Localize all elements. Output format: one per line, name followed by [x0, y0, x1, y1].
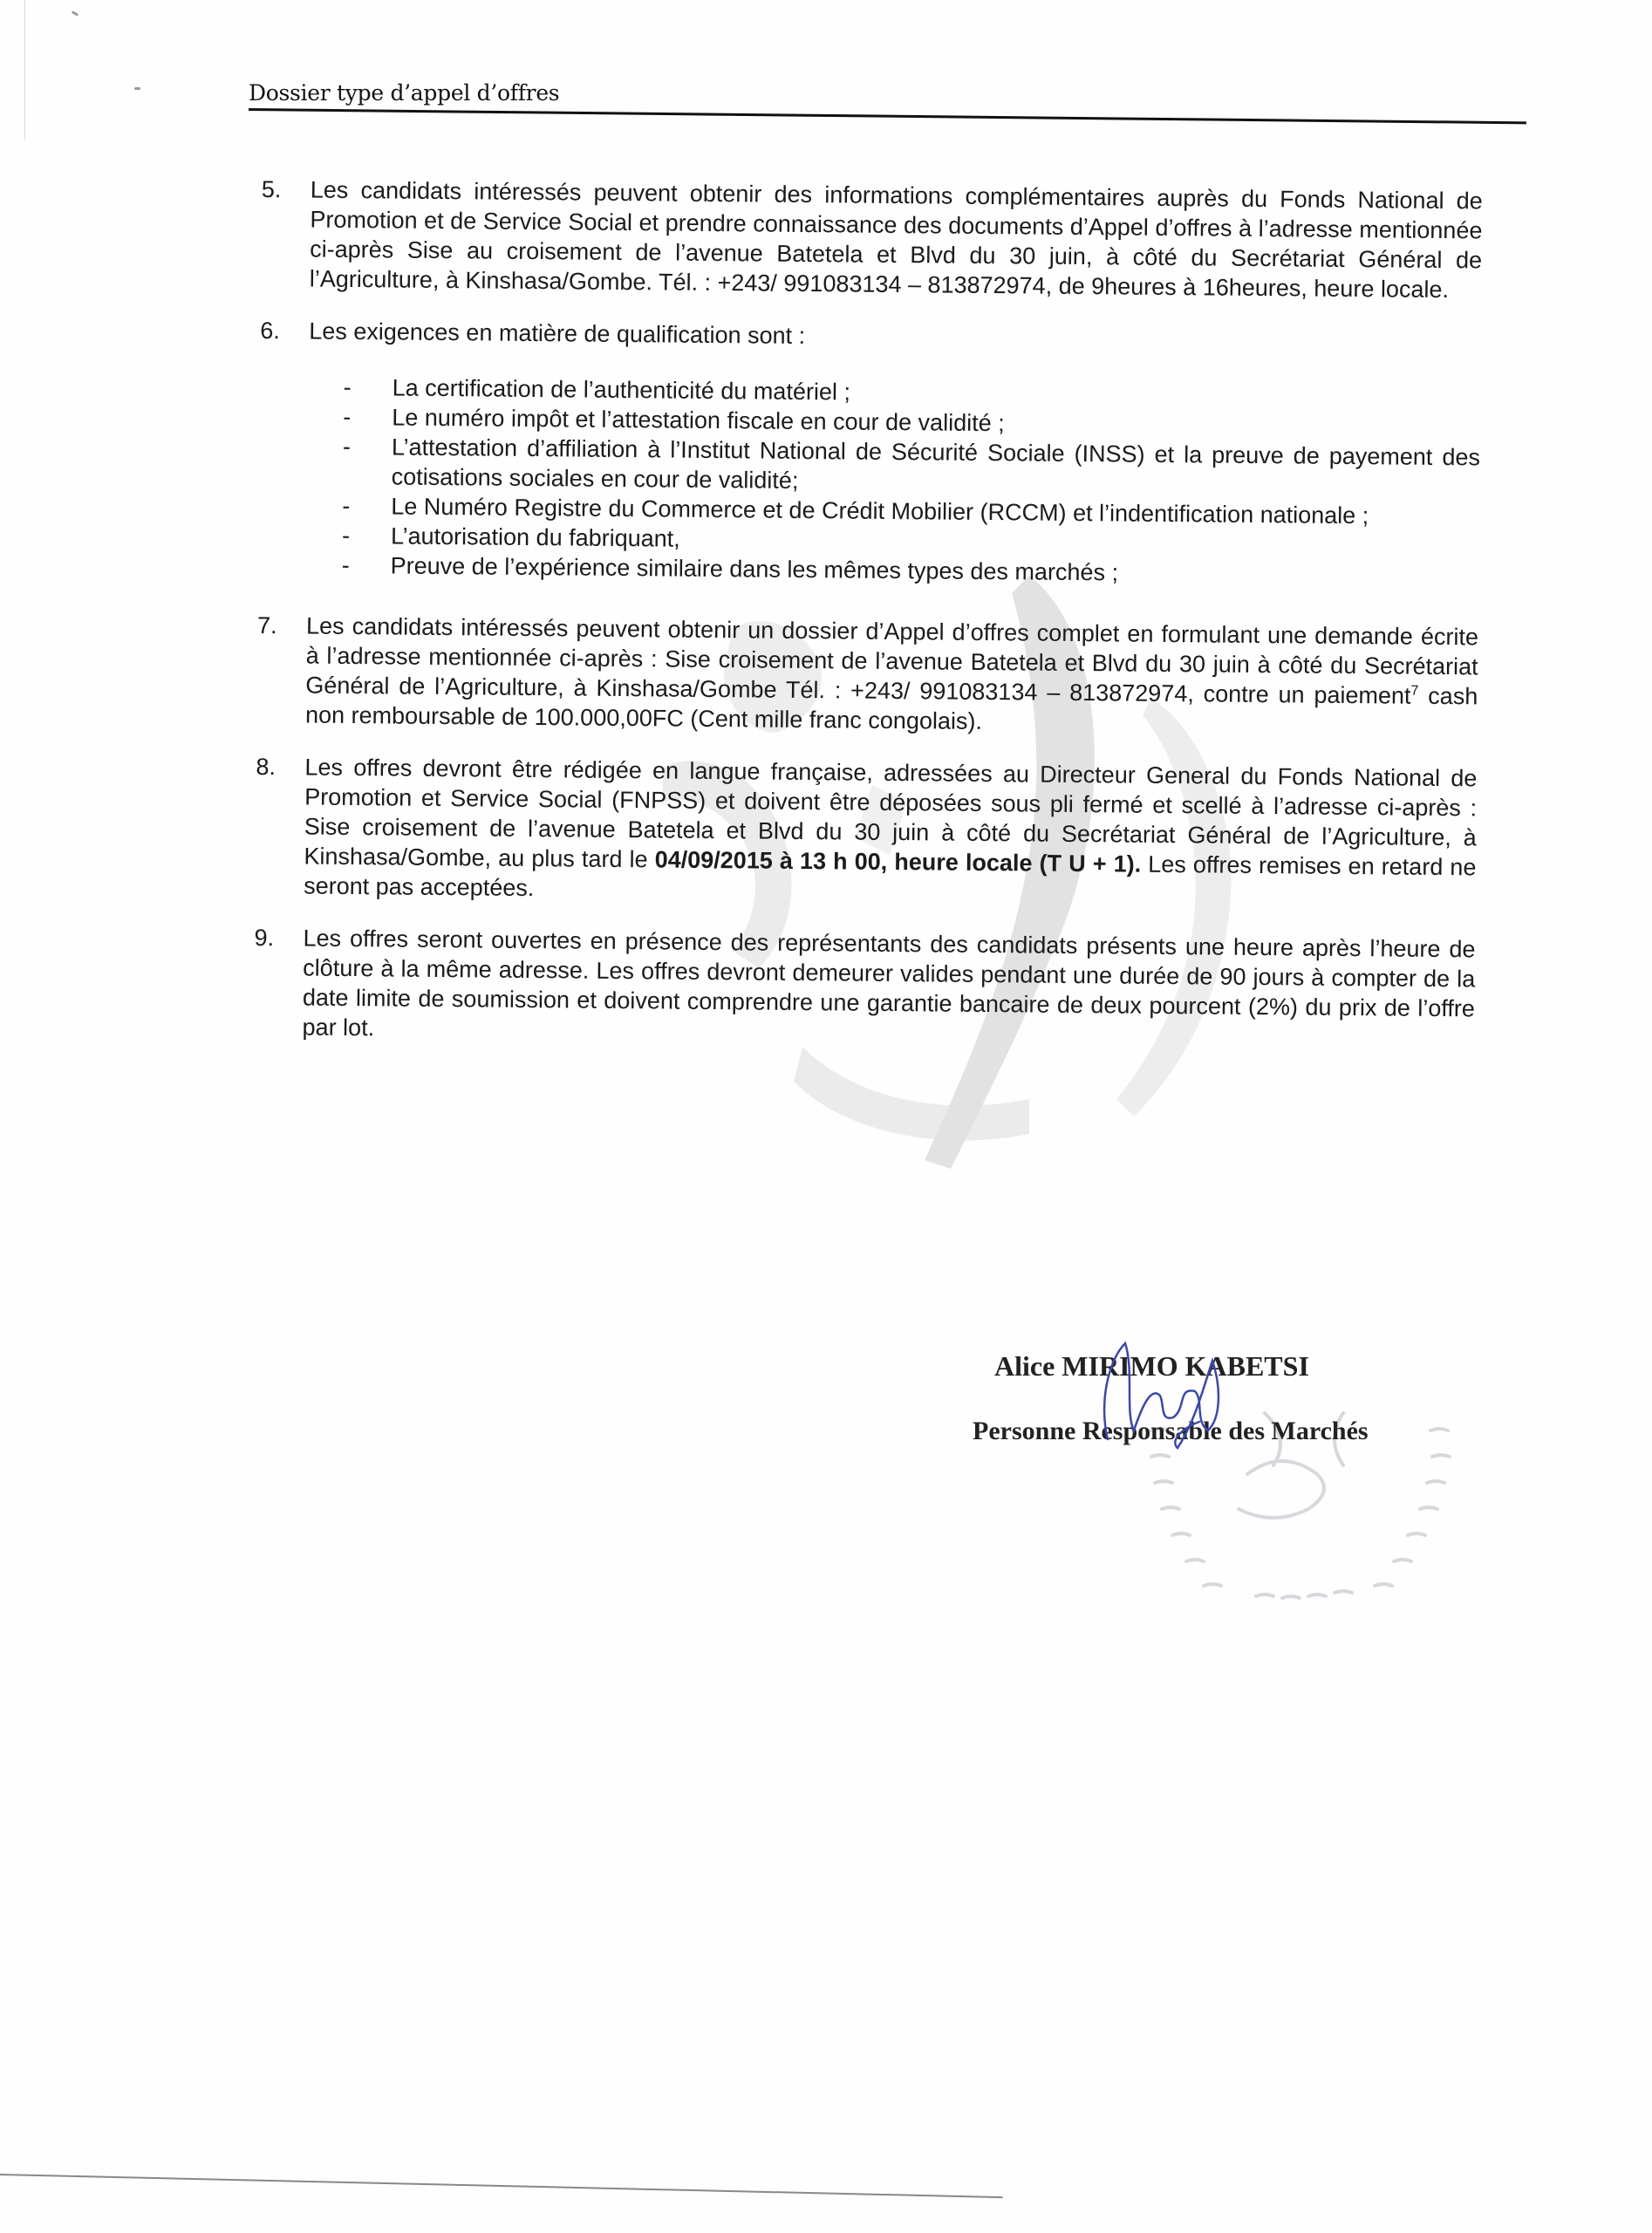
scan-edge-artifact — [24, 0, 25, 140]
item-text: Les candidats intéressés peuvent obtenir… — [305, 613, 1478, 709]
list-item: 7. Les candidats intéressés peuvent obte… — [256, 611, 1478, 741]
item-text: Les candidats intéressés peuvent obtenir… — [310, 177, 1483, 304]
scan-speck — [72, 10, 79, 17]
footer-divider — [0, 2174, 1003, 2198]
requirement-item: -L’attestation d’affiliation à l’Institu… — [343, 432, 1481, 502]
list-item: 8. Les offres devront être rédigée en la… — [255, 752, 1478, 912]
dash-bullet-icon: - — [342, 521, 350, 550]
list-item: 5. Les candidats intéressés peuvent obte… — [261, 174, 1483, 304]
item-number: 7. — [257, 611, 277, 640]
document-body: 5. Les candidats intéressés peuvent obte… — [253, 174, 1483, 1076]
dash-bullet-icon: - — [342, 550, 350, 580]
item-text: Les exigences en matière de qualificatio… — [309, 318, 805, 349]
list-item: 9. Les offres seront ouvertes en présenc… — [253, 923, 1475, 1053]
document-header-title: Dossier type d’appel d’offres — [249, 80, 559, 106]
scanned-page: Dossier type d’appel d’offres 5. Les can… — [0, 0, 1652, 2233]
dash-bullet-icon: - — [342, 491, 350, 521]
footnote-reference: 7 — [1410, 684, 1418, 699]
dash-bullet-icon: - — [343, 432, 351, 461]
item-number: 9. — [254, 923, 274, 953]
list-item: 6. Les exigences en matière de qualifica… — [258, 316, 1482, 591]
scan-speck — [134, 87, 140, 90]
header-divider — [249, 108, 1526, 124]
item-number: 6. — [260, 316, 280, 345]
item-number: 8. — [256, 752, 276, 782]
item-number: 5. — [262, 174, 282, 204]
dash-bullet-icon: - — [343, 402, 351, 432]
qualification-requirements-list: -La certification de l’authenticité du m… — [307, 372, 1481, 591]
handwritten-signature-icon — [1090, 1335, 1239, 1457]
dash-bullet-icon: - — [343, 372, 351, 402]
item-text: Les offres seront ouvertes en présence d… — [302, 925, 1475, 1041]
deadline-text: 04/09/2015 à 13 h 00, heure locale (T U … — [655, 846, 1142, 877]
